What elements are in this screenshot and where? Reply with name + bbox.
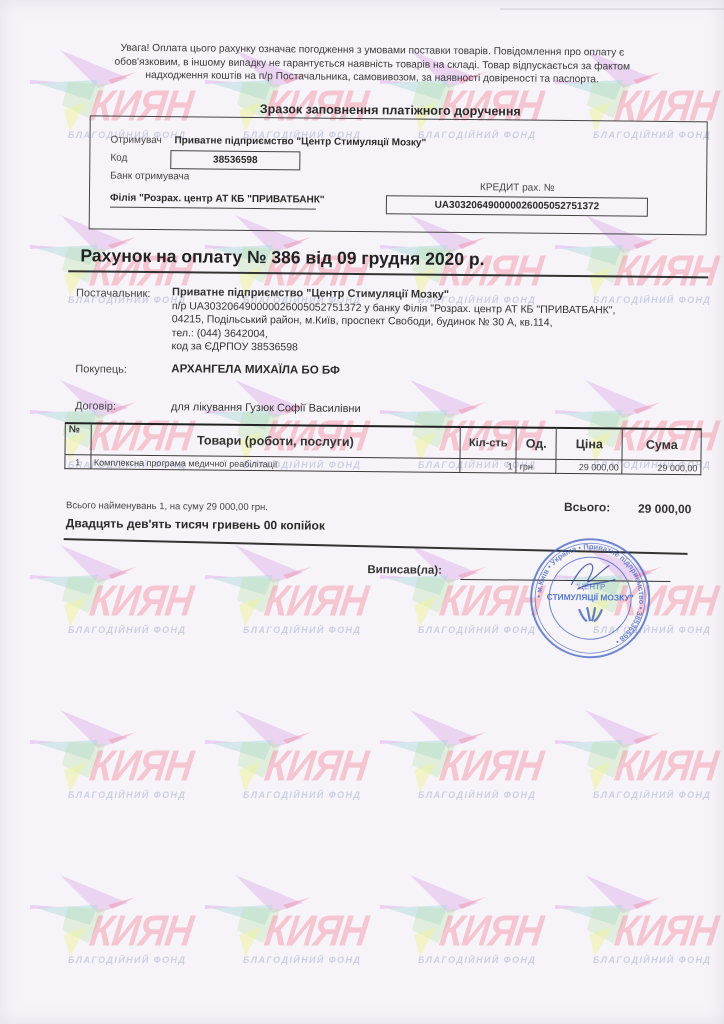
cell-number: 1	[65, 455, 91, 469]
col-number: №	[65, 423, 91, 455]
company-stamp: • м.Київ • Україна • Приватне підприємст…	[529, 537, 652, 660]
items-count-text: Всього найменувань 1, на суму 29 000,00 …	[66, 500, 268, 513]
total-label: Всього:	[564, 500, 610, 514]
stamp-logo-icon	[579, 607, 602, 621]
col-goods: Товари (роботи, послуги)	[91, 423, 461, 458]
cell-goods: Комплексна програма медичної реабілітаці…	[90, 455, 460, 473]
col-unit: Од.	[516, 428, 556, 460]
bank-label: Банк отримувача	[110, 171, 189, 183]
invoice-title: Рахунок на оплату № 386 від 09 грудня 20…	[80, 245, 484, 270]
credit-label: КРЕДИТ рах. №	[480, 182, 555, 194]
cell-unit: грн	[516, 459, 556, 473]
items-table: № Товари (роботи, послуги) Кіл-сть Од. Ц…	[64, 422, 701, 475]
amount-in-words: Двадцять дев'ять тисяч гривень 00 копійо…	[66, 516, 325, 532]
title-rule	[68, 270, 708, 278]
stamp-center-line1: "ЦЕНТР	[575, 582, 605, 591]
col-sum: Сума	[622, 429, 701, 461]
cell-price: 29 000,00	[556, 459, 622, 474]
account-value: UA303206490000026005052751372	[386, 195, 648, 217]
buyer-value: АРХАНГЕЛА МИХАЇЛА БО БФ	[171, 363, 340, 377]
issued-by-label: Виписав(ла):	[367, 564, 442, 577]
code-value: 38536598	[170, 150, 300, 170]
supplier-label: Постачальник:	[76, 287, 151, 300]
payment-notice: Увага! Оплата цього рахунку означає пого…	[92, 41, 652, 87]
payment-sample-box: Отримувач Приватне підприємство "Центр С…	[89, 115, 708, 235]
bank-value: Філія "Розрах. центр АТ КБ "ПРИВАТБАНК"	[110, 193, 325, 206]
bank-underline	[110, 207, 316, 210]
code-label: Код	[110, 153, 127, 164]
contract-label: Договір:	[75, 400, 116, 412]
total-value: 29 000,00	[638, 502, 692, 517]
cell-sum: 29 000,00	[622, 460, 701, 475]
buyer-label: Покупець:	[75, 363, 127, 375]
payment-sample-title: Зразок заповнення платіжного доручення	[260, 102, 521, 119]
recipient-value: Приватне підприємство "Центр Стимуляції …	[174, 135, 426, 148]
col-price: Ціна	[556, 428, 623, 460]
cell-qty: 1	[460, 458, 516, 473]
supplier-details: Приватне підприємство "Центр Стимуляції …	[171, 286, 615, 357]
recipient-label: Отримувач	[110, 135, 161, 146]
col-qty: Кіл-сть	[460, 427, 516, 459]
contract-value: для лікування Гузюк Софії Василівни	[171, 401, 361, 415]
stamp-center-line2: СТИМУЛЯЦІЇ МОЗКУ"	[547, 592, 634, 603]
